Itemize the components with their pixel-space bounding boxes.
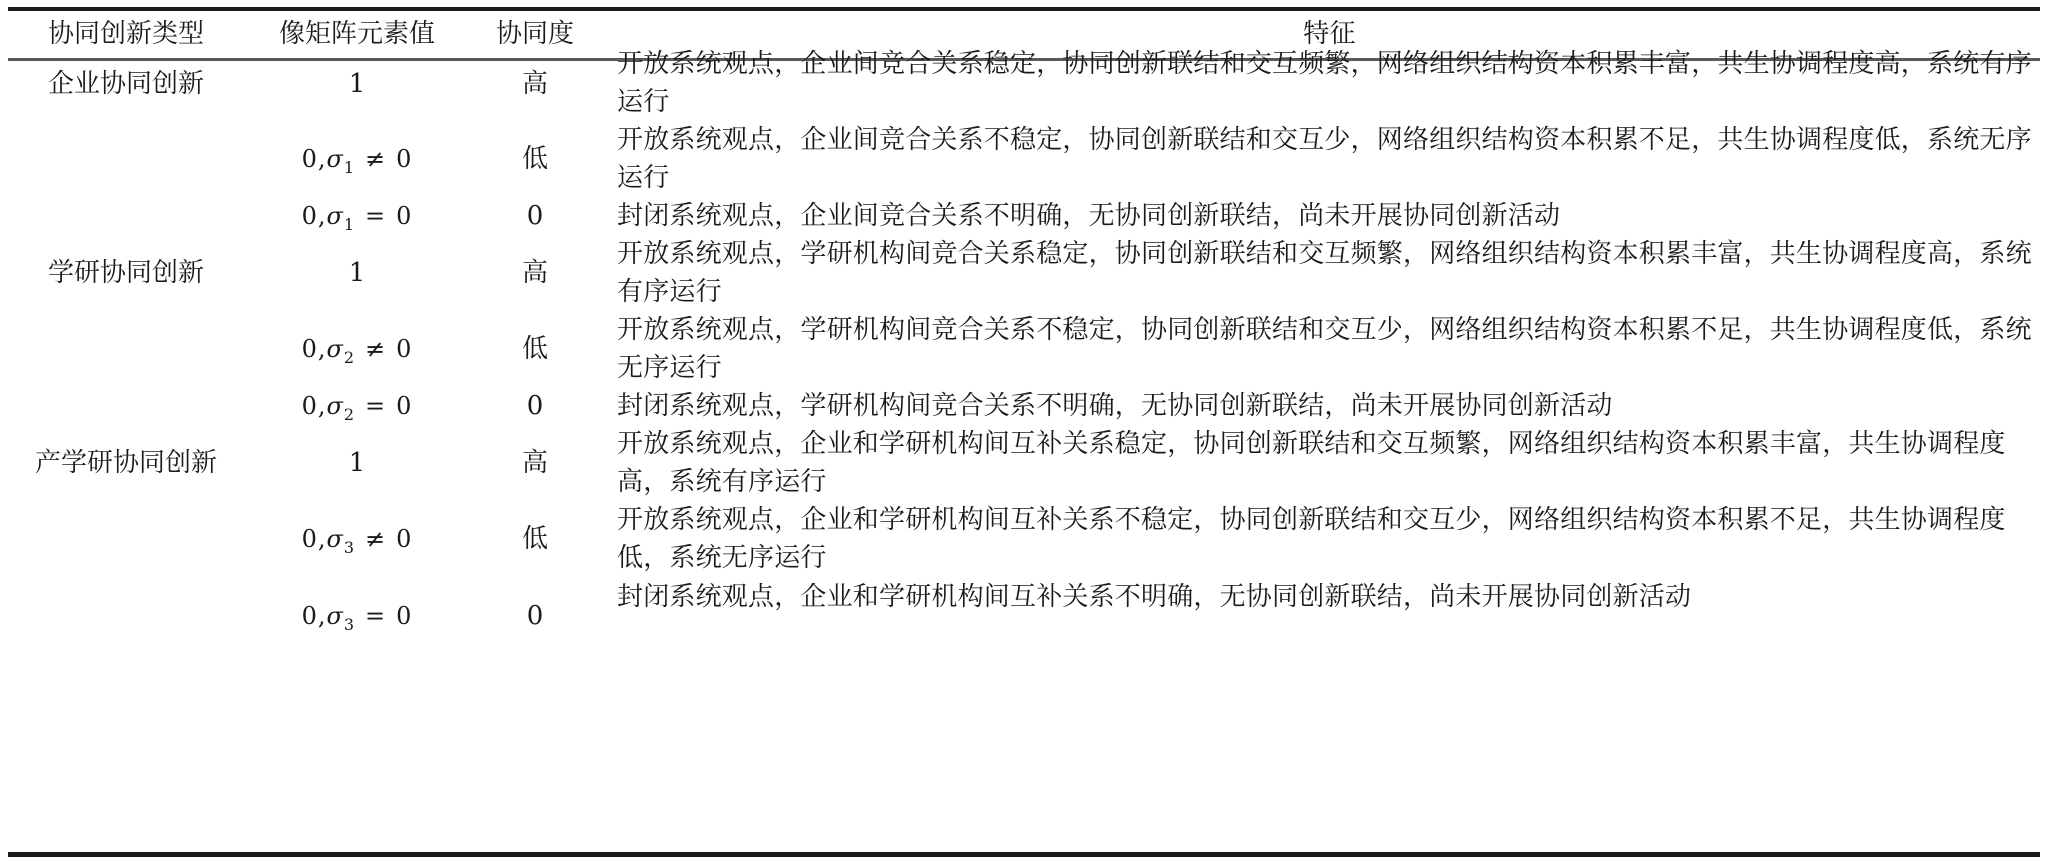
operator: = — [365, 602, 386, 630]
row-6-feature: 封闭系统观点，学研机构间竞合关系不明确，无协同创新联结，尚未开展协同创新活动 — [617, 387, 2042, 425]
value-prefix: 0, — [302, 392, 327, 420]
value-prefix: 0, — [302, 145, 327, 173]
sigma-symbol: σ — [326, 202, 343, 230]
table-body: 企业协同创新 1 高 开放系统观点，企业间竞合关系稳定，协同创新联结和交互频繁，… — [8, 0, 2040, 864]
operator: ≠ — [365, 145, 386, 173]
row-9-feature: 封闭系统观点，企业和学研机构间互补关系不明确，无协同创新联结，尚未开展协同创新活… — [617, 578, 2042, 616]
sigma-subscript: 1 — [344, 215, 355, 234]
row-2-degree: 低 — [470, 140, 600, 178]
row-1-value: 1 — [244, 65, 470, 103]
sigma-subscript: 3 — [344, 615, 355, 634]
operator: = — [365, 202, 386, 230]
value-prefix: 0, — [302, 602, 327, 630]
value-rhs: 0 — [396, 145, 412, 173]
sigma-subscript: 2 — [344, 405, 355, 424]
row-6-degree: 0 — [470, 387, 600, 425]
operator: ≠ — [365, 525, 386, 553]
value-prefix: 0, — [302, 525, 327, 553]
row-5-degree: 低 — [470, 330, 600, 368]
value-rhs: 0 — [396, 392, 412, 420]
row-8-degree: 低 — [470, 520, 600, 558]
row-3-degree: 0 — [470, 197, 600, 235]
sigma-symbol: σ — [326, 145, 343, 173]
sigma-symbol: σ — [326, 392, 343, 420]
sigma-symbol: σ — [326, 525, 343, 553]
row-1-degree: 高 — [470, 65, 600, 103]
value-rhs: 0 — [396, 602, 412, 630]
sigma-symbol: σ — [326, 335, 343, 363]
value-rhs: 0 — [396, 335, 412, 363]
row-3-feature: 封闭系统观点，企业间竞合关系不明确，无协同创新联结，尚未开展协同创新活动 — [617, 197, 2042, 235]
value-prefix: 0, — [302, 335, 327, 363]
row-2-feature: 开放系统观点，企业间竞合关系不稳定，协同创新联结和交互少，网络组织结构资本积累不… — [617, 121, 2042, 197]
table-bottom-rule — [8, 852, 2040, 857]
operator: = — [365, 392, 386, 420]
sigma-symbol: σ — [326, 602, 343, 630]
row-4-type: 学研协同创新 — [8, 254, 244, 292]
row-7-degree: 高 — [470, 444, 600, 482]
row-2-value: 0,σ1≠0 — [244, 140, 470, 178]
value-rhs: 0 — [396, 525, 412, 553]
row-4-value: 1 — [244, 254, 470, 292]
row-3-value: 0,σ1=0 — [244, 197, 470, 235]
row-9-degree: 0 — [470, 597, 600, 635]
value-prefix: 0, — [302, 202, 327, 230]
row-4-feature: 开放系统观点，学研机构间竞合关系稳定，协同创新联结和交互频繁，网络组织结构资本积… — [617, 235, 2042, 311]
row-1-feature: 开放系统观点，企业间竞合关系稳定，协同创新联结和交互频繁，网络组织结构资本积累丰… — [617, 45, 2042, 121]
sigma-subscript: 3 — [344, 538, 355, 557]
sigma-subscript: 1 — [344, 158, 355, 177]
row-5-value: 0,σ2≠0 — [244, 330, 470, 368]
row-9-value: 0,σ3=0 — [244, 597, 470, 635]
sigma-subscript: 2 — [344, 348, 355, 367]
row-8-feature: 开放系统观点，企业和学研机构间互补关系不稳定，协同创新联结和交互少，网络组织结构… — [617, 501, 2042, 577]
value-rhs: 0 — [396, 202, 412, 230]
row-6-value: 0,σ2=0 — [244, 387, 470, 425]
row-7-value: 1 — [244, 444, 470, 482]
row-5-feature: 开放系统观点，学研机构间竞合关系不稳定，协同创新联结和交互少，网络组织结构资本积… — [617, 311, 2042, 387]
operator: ≠ — [365, 335, 386, 363]
row-1-type: 企业协同创新 — [8, 65, 244, 103]
row-7-feature: 开放系统观点，企业和学研机构间互补关系稳定，协同创新联结和交互频繁，网络组织结构… — [617, 425, 2042, 501]
row-7-type: 产学研协同创新 — [8, 444, 244, 482]
row-8-value: 0,σ3≠0 — [244, 520, 470, 558]
row-4-degree: 高 — [470, 254, 600, 292]
